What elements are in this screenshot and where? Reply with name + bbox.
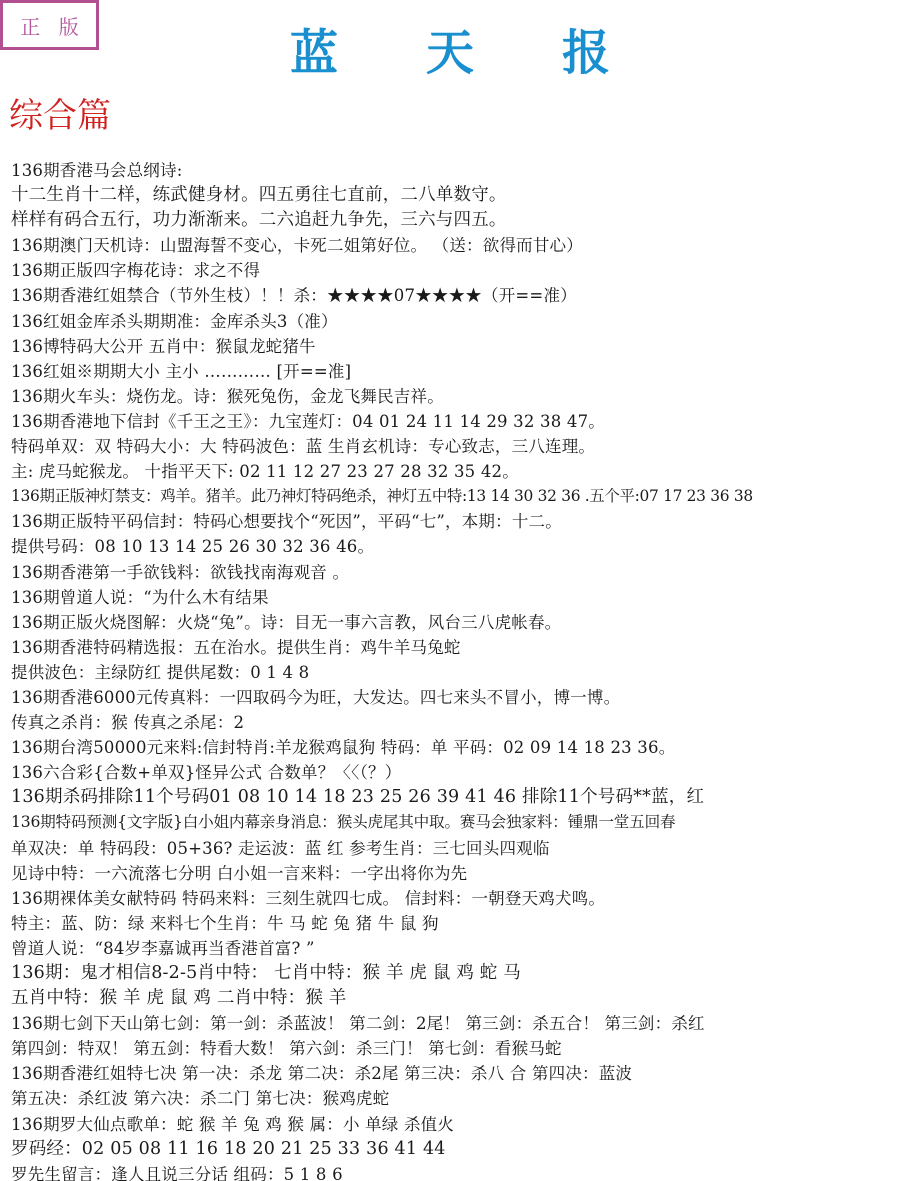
authentic-edition-badge: 正 版 xyxy=(0,0,99,50)
text-line: 提供波色：主绿防红 提供尾数：0 1 4 8 xyxy=(11,660,900,685)
text-line: 136期香港地下信封《千王之王》：九宝莲灯：04 01 24 11 14 29 … xyxy=(11,409,900,434)
text-line: 136期正版神灯禁支：鸡羊。猪羊。此乃神灯特码绝杀，神灯五中特:13 14 30… xyxy=(11,484,900,509)
text-line: 特码单双：双 特码大小：大 特码波色：蓝 生肖玄机诗：专心致志，三八连理。 xyxy=(11,434,900,459)
text-line: 136红姐金库杀头期期准：金库杀头3（准） xyxy=(11,309,900,334)
text-line: 136期香港马会总纲诗: xyxy=(11,158,900,183)
page-title: 蓝 天 报 xyxy=(290,18,610,78)
text-line: 136博特码大公开 五肖中：猴鼠龙蛇猪牛 xyxy=(11,334,900,359)
text-line: 罗先生留言：逢人且说三分话 组码：5 1 8 6 xyxy=(11,1162,900,1181)
text-line: 136期特码预测{文字版}白小姐内幕亲身消息：猴头虎尾其中取。赛马会独家料：锺鼎… xyxy=(11,810,900,835)
text-line: 136期香港6000元传真料：一四取码今为旺，大发达。四七来头不冒小，博一博。 xyxy=(11,685,900,710)
text-line: 136期七剑下天山第七剑：第一剑：杀蓝波！ 第二剑：2尾！ 第三剑：杀五合！ 第… xyxy=(11,1011,900,1036)
text-line: 第四剑：特双！ 第五剑：特看大数！ 第六剑：杀三门！ 第七剑：看猴马蛇 xyxy=(11,1036,900,1061)
title-char: 天 xyxy=(426,14,474,83)
section-title: 综合篇 xyxy=(9,88,111,137)
text-line: 136期香港特码精选报：五在治水。提供生肖：鸡牛羊马兔蛇 xyxy=(11,635,900,660)
text-line: 136期香港红姐禁合（节外生枝）！！杀：★★★★07★★★★（开==准） xyxy=(11,283,900,308)
text-line: 136期罗大仙点歌单：蛇 猴 羊 兔 鸡 猴 属：小 单绿 杀值火 xyxy=(11,1112,900,1137)
text-line: 136期：鬼才相信8-2-5肖中特： 七肖中特：猴 羊 虎 鼠 鸡 蛇 马 xyxy=(11,961,900,986)
text-line: 136期台湾50000元来料:信封特肖:羊龙猴鸡鼠狗 特码：单 平码：02 09… xyxy=(11,735,900,760)
text-line: 136红姐※期期大小 主小 ………… [开==准] xyxy=(11,359,900,384)
badge-char: 版 xyxy=(59,11,79,40)
badge-char: 正 xyxy=(20,11,40,40)
text-line: 样样有码合五行，功力渐渐来。二六追赶九争先，三六与四五。 xyxy=(11,208,900,233)
text-line: 136期正版特平码信封：特码心想要找个“死因”，平码“七”，本期：十二。 xyxy=(11,509,900,534)
text-line: 特主：蓝、防：绿 来料七个生肖：牛 马 蛇 兔 猪 牛 鼠 狗 xyxy=(11,911,900,936)
text-line: 136期正版四字梅花诗：求之不得 xyxy=(11,258,900,283)
text-line: 136期香港第一手欲钱料：欲钱找南海观音 。 xyxy=(11,560,900,585)
text-line: 五肖中特：猴 羊 虎 鼠 鸡 二肖中特：猴 羊 xyxy=(11,986,900,1011)
text-line: 136期曾道人说：“为什么木有结果 xyxy=(11,585,900,610)
text-line: 曾道人说：“84岁李嘉诚再当香港首富? ” xyxy=(11,936,900,961)
text-line: 单双决：单 特码段：05+36? 走运波：蓝 红 参考生肖：三七回头四观临 xyxy=(11,836,900,861)
title-char: 蓝 xyxy=(290,14,338,83)
text-line: 136期香港红姐特七决 第一决：杀龙 第二决：杀2尾 第三决：杀八 合 第四决：… xyxy=(11,1061,900,1086)
text-line: 136期正版火烧图解：火烧“兔”。诗：目无一事六言教，风台三八虎帐春。 xyxy=(11,610,900,635)
article-body: 136期香港马会总纲诗: 十二生肖十二样，练武健身材。四五勇往七直前，二八单数守… xyxy=(11,158,900,1181)
text-line: 见诗中特：一六流落七分明 白小姐一言来料：一字出将你为先 xyxy=(11,861,900,886)
text-line: 罗码经：02 05 08 11 16 18 20 21 25 33 36 41 … xyxy=(11,1137,900,1162)
text-line: 136期澳门天机诗：山盟海誓不变心，卡死二姐第好位。 （送：欲得而甘心） xyxy=(11,233,900,258)
text-line: 136期裸体美女献特码 特码来料：三刻生就四七成。 信封料：一朝登天鸡犬鸣。 xyxy=(11,886,900,911)
text-line: 十二生肖十二样，练武健身材。四五勇往七直前，二八单数守。 xyxy=(11,183,900,208)
text-line: 第五决：杀红波 第六决：杀二门 第七决：猴鸡虎蛇 xyxy=(11,1086,900,1111)
title-char: 报 xyxy=(562,14,610,83)
text-line: 136期杀码排除11个号码01 08 10 14 18 23 25 26 39 … xyxy=(11,785,900,810)
text-line: 提供号码：08 10 13 14 25 26 30 32 36 46。 xyxy=(11,534,900,559)
text-line: 136期火车头：烧伤龙。诗：猴死兔伤，金龙飞舞民吉祥。 xyxy=(11,384,900,409)
text-line: 136六合彩{合数+单双}怪异公式 合数单？〈〈（？） xyxy=(11,760,900,785)
text-line: 传真之杀肖：猴 传真之杀尾：2 xyxy=(11,710,900,735)
text-line: 主: 虎马蛇猴龙。 十指平天下: 02 11 12 27 23 27 28 32… xyxy=(11,459,900,484)
